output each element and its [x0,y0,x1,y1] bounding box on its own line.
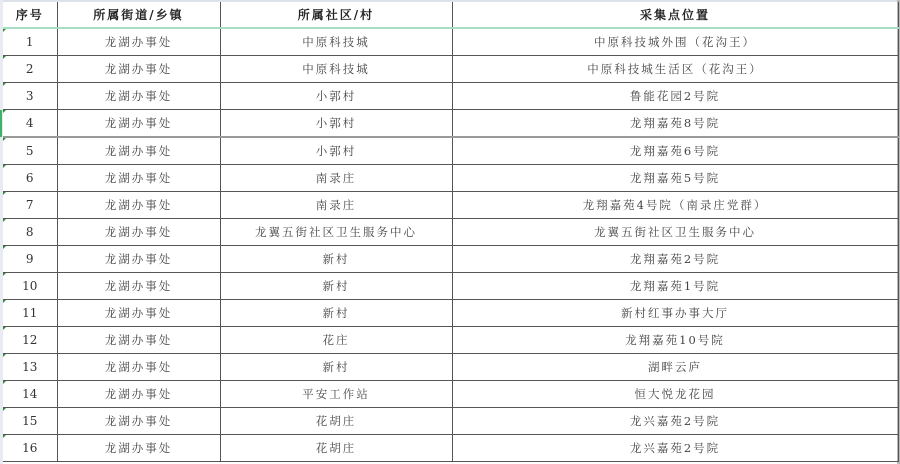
cell-street[interactable]: 龙湖办事处 [57,137,220,165]
cell-street[interactable]: 龙湖办事处 [57,56,220,83]
table-row: 16 龙湖办事处 花胡庄 龙兴嘉苑2号院 [3,435,898,462]
header-row: 序号 所属街道/乡镇 所属社区/村 采集点位置 [3,2,898,28]
table-row: 7 龙湖办事处 南录庄 龙翔嘉苑4号院（南录庄党群） [3,192,898,219]
cell-comment-marker-icon [3,273,6,276]
cell-index[interactable]: 13 [3,354,57,381]
cell-street[interactable]: 龙湖办事处 [57,273,220,300]
cell-location[interactable]: 鲁能花园2号院 [452,83,898,110]
cell-street[interactable]: 龙湖办事处 [57,110,220,138]
cell-index[interactable]: 10 [3,273,57,300]
cell-comment-marker-icon [3,138,6,141]
cell-index[interactable]: 12 [3,327,57,354]
cell-location[interactable]: 湖畔云庐 [452,354,898,381]
cell-index[interactable]: 15 [3,408,57,435]
spreadsheet-sheet: 序号 所属街道/乡镇 所属社区/村 采集点位置 1 龙湖办事处 中原科技城 中原… [0,0,900,464]
cell-comment-marker-icon [3,110,6,113]
cell-community[interactable]: 小郭村 [220,137,452,165]
cell-comment-marker-icon [3,83,6,86]
cell-community[interactable]: 南录庄 [220,192,452,219]
cell-location[interactable]: 龙翔嘉苑5号院 [452,165,898,192]
cell-index[interactable]: 7 [3,192,57,219]
cell-index[interactable]: 14 [3,381,57,408]
cell-index[interactable]: 1 [3,28,57,56]
cell-index-value: 6 [26,171,34,185]
cell-street[interactable]: 龙湖办事处 [57,28,220,56]
cell-comment-marker-icon [3,56,6,59]
cell-location[interactable]: 龙翔嘉苑4号院（南录庄党群） [452,192,898,219]
cell-index-value: 1 [26,35,34,49]
table-row: 1 龙湖办事处 中原科技城 中原科技城外围（花沟王） [3,28,898,56]
cell-index[interactable]: 9 [3,246,57,273]
cell-comment-marker-icon [3,408,6,411]
header-index[interactable]: 序号 [3,2,57,28]
cell-community[interactable]: 花庄 [220,327,452,354]
cell-location[interactable]: 龙兴嘉苑2号院 [452,435,898,462]
cell-location[interactable]: 龙翔嘉苑10号院 [452,327,898,354]
cell-community[interactable]: 平安工作站 [220,381,452,408]
cell-location[interactable]: 龙翼五街社区卫生服务中心 [452,219,898,246]
cell-community[interactable]: 花胡庄 [220,435,452,462]
cell-comment-marker-icon [3,246,6,249]
cell-community[interactable]: 花胡庄 [220,408,452,435]
table-row: 10 龙湖办事处 新村 龙翔嘉苑1号院 [3,273,898,300]
cell-index-value: 13 [22,360,37,374]
cell-index[interactable]: 8 [3,219,57,246]
cell-location[interactable]: 恒大悦龙花园 [452,381,898,408]
cell-index-value: 16 [22,441,37,455]
collection-points-table: 序号 所属街道/乡镇 所属社区/村 采集点位置 1 龙湖办事处 中原科技城 中原… [3,2,899,462]
cell-index[interactable]: 16 [3,435,57,462]
cell-comment-marker-icon [3,29,6,32]
cell-comment-marker-icon [3,219,6,222]
cell-location[interactable]: 龙翔嘉苑8号院 [452,110,898,138]
cell-street[interactable]: 龙湖办事处 [57,300,220,327]
cell-index[interactable]: 4 [3,110,57,138]
cell-index-value: 9 [26,252,34,266]
table-row: 2 龙湖办事处 中原科技城 中原科技城生活区（花沟王） [3,56,898,83]
cell-location[interactable]: 龙翔嘉苑2号院 [452,246,898,273]
table-row: 6 龙湖办事处 南录庄 龙翔嘉苑5号院 [3,165,898,192]
header-street[interactable]: 所属街道/乡镇 [57,2,220,28]
table-row: 12 龙湖办事处 花庄 龙翔嘉苑10号院 [3,327,898,354]
cell-index[interactable]: 3 [3,83,57,110]
cell-index-value: 12 [22,333,37,347]
cell-comment-marker-icon [3,327,6,330]
cell-comment-marker-icon [3,165,6,168]
cell-index-value: 15 [22,414,37,428]
cell-street[interactable]: 龙湖办事处 [57,327,220,354]
cell-location[interactable]: 中原科技城外围（花沟王） [452,28,898,56]
table-row: 8 龙湖办事处 龙翼五街社区卫生服务中心 龙翼五街社区卫生服务中心 [3,219,898,246]
cell-index-value: 3 [26,89,34,103]
cell-location[interactable]: 龙翔嘉苑1号院 [452,273,898,300]
cell-community[interactable]: 新村 [220,354,452,381]
cell-comment-marker-icon [3,192,6,195]
cell-community[interactable]: 南录庄 [220,165,452,192]
cell-community[interactable]: 中原科技城 [220,28,452,56]
cell-community[interactable]: 龙翼五街社区卫生服务中心 [220,219,452,246]
cell-street[interactable]: 龙湖办事处 [57,165,220,192]
cell-street[interactable]: 龙湖办事处 [57,354,220,381]
table-row: 11 龙湖办事处 新村 新村红事办事大厅 [3,300,898,327]
cell-index-value: 2 [26,62,34,76]
cell-index-value: 5 [26,144,34,158]
cell-index-value: 4 [26,116,34,130]
cell-comment-marker-icon [3,435,6,438]
cell-comment-marker-icon [3,381,6,384]
cell-comment-marker-icon [3,354,6,357]
cell-index[interactable]: 11 [3,300,57,327]
table-row: 4 龙湖办事处 小郭村 龙翔嘉苑8号院 [3,110,898,138]
cell-location[interactable]: 龙翔嘉苑6号院 [452,137,898,165]
table-row: 13 龙湖办事处 新村 湖畔云庐 [3,354,898,381]
cell-street[interactable]: 龙湖办事处 [57,435,220,462]
header-community[interactable]: 所属社区/村 [220,2,452,28]
cell-community[interactable]: 小郭村 [220,83,452,110]
cell-location[interactable]: 新村红事办事大厅 [452,300,898,327]
header-location[interactable]: 采集点位置 [452,2,898,28]
cell-community[interactable]: 小郭村 [220,110,452,138]
cell-index[interactable]: 2 [3,56,57,83]
cell-street[interactable]: 龙湖办事处 [57,408,220,435]
table-row: 9 龙湖办事处 新村 龙翔嘉苑2号院 [3,246,898,273]
cell-comment-marker-icon [3,300,6,303]
table-row: 15 龙湖办事处 花胡庄 龙兴嘉苑2号院 [3,408,898,435]
cell-community[interactable]: 中原科技城 [220,56,452,83]
selection-edge-indicator [0,110,2,137]
cell-street[interactable]: 龙湖办事处 [57,219,220,246]
cell-index-value: 14 [22,387,37,401]
cell-community[interactable]: 新村 [220,300,452,327]
cell-index-value: 11 [22,306,37,320]
cell-index[interactable]: 5 [3,137,57,165]
cell-location[interactable]: 中原科技城生活区（花沟王） [452,56,898,83]
table-row: 3 龙湖办事处 小郭村 鲁能花园2号院 [3,83,898,110]
cell-street[interactable]: 龙湖办事处 [57,83,220,110]
cell-index[interactable]: 6 [3,165,57,192]
cell-street[interactable]: 龙湖办事处 [57,381,220,408]
table-row: 14 龙湖办事处 平安工作站 恒大悦龙花园 [3,381,898,408]
cell-index-value: 8 [26,225,34,239]
cell-index-value: 7 [26,198,34,212]
table-row: 5 龙湖办事处 小郭村 龙翔嘉苑6号院 [3,137,898,165]
cell-community[interactable]: 新村 [220,246,452,273]
cell-location[interactable]: 龙兴嘉苑2号院 [452,408,898,435]
cell-street[interactable]: 龙湖办事处 [57,192,220,219]
cell-index-value: 10 [22,279,37,293]
cell-street[interactable]: 龙湖办事处 [57,246,220,273]
cell-community[interactable]: 新村 [220,273,452,300]
